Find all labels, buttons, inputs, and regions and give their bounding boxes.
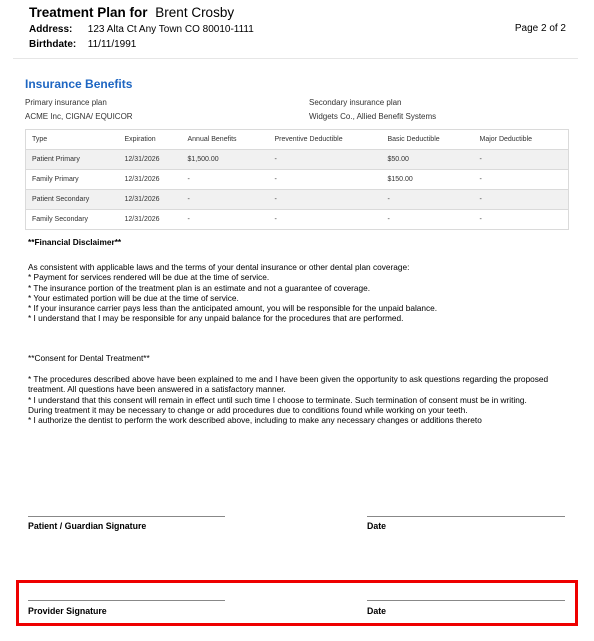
column-header: Basic Deductible	[382, 130, 474, 150]
table-row: Family Primary 12/31/2026 - - $150.00 -	[26, 170, 569, 190]
column-header: Expiration	[119, 130, 182, 150]
birthdate-label: Birthdate:	[29, 39, 85, 50]
table-cell: -	[382, 190, 474, 210]
consent-body: * The procedures described above have be…	[28, 374, 556, 425]
table-cell: -	[182, 210, 269, 230]
table-cell: 12/31/2026	[119, 190, 182, 210]
header-divider	[13, 58, 578, 59]
column-header: Preventive Deductible	[269, 130, 382, 150]
disclaimer-line: * Your estimated portion will be due at …	[28, 293, 568, 303]
column-header: Type	[26, 130, 119, 150]
address-row: Address: 123 Alta Ct Any Town CO 80010-1…	[29, 24, 254, 35]
secondary-plan-label: Secondary insurance plan	[309, 98, 402, 107]
disclaimer-line: * If your insurance carrier pays less th…	[28, 303, 568, 313]
table-cell: -	[382, 210, 474, 230]
disclaimer-line: * Payment for services rendered will be …	[28, 272, 568, 282]
table-row: Patient Secondary 12/31/2026 - - - -	[26, 190, 569, 210]
table-cell: 12/31/2026	[119, 150, 182, 170]
address-label: Address:	[29, 24, 85, 35]
insurance-section-title: Insurance Benefits	[25, 77, 132, 91]
table-cell: 12/31/2026	[119, 170, 182, 190]
table-cell: -	[474, 170, 569, 190]
primary-plan-value: ACME Inc, CIGNA/ EQUICOR	[25, 112, 133, 121]
consent-line: * The procedures described above have be…	[28, 374, 556, 395]
table-cell: -	[474, 210, 569, 230]
consent-line: * I understand that this consent will re…	[28, 395, 556, 405]
table-row: Family Secondary 12/31/2026 - - - -	[26, 210, 569, 230]
address-value: 123 Alta Ct Any Town CO 80010-1111	[88, 24, 254, 35]
birthdate-row: Birthdate: 11/11/1991	[29, 39, 136, 50]
document-title: Treatment Plan for Brent Crosby	[29, 5, 234, 20]
table-row: Patient Primary 12/31/2026 $1,500.00 - $…	[26, 150, 569, 170]
table-cell: -	[474, 190, 569, 210]
birthdate-value: 11/11/1991	[88, 39, 137, 50]
table-cell: 12/31/2026	[119, 210, 182, 230]
secondary-plan-value: Widgets Co., Allied Benefit Systems	[309, 112, 436, 121]
patient-signature-label: Patient / Guardian Signature	[28, 521, 146, 531]
patient-date-label: Date	[367, 521, 386, 531]
consent-title: **Consent for Dental Treatment**	[28, 353, 150, 363]
table-cell: $150.00	[382, 170, 474, 190]
disclaimer-line: As consistent with applicable laws and t…	[28, 262, 568, 272]
table-header-row: Type Expiration Annual Benefits Preventi…	[26, 130, 569, 150]
table-cell: $1,500.00	[182, 150, 269, 170]
patient-date-line[interactable]	[367, 516, 565, 517]
column-header: Annual Benefits	[182, 130, 269, 150]
table-cell: Patient Primary	[26, 150, 119, 170]
table-cell: -	[269, 190, 382, 210]
title-label: Treatment Plan for	[29, 5, 148, 20]
table-cell: -	[474, 150, 569, 170]
insurance-benefits-table: Type Expiration Annual Benefits Preventi…	[25, 129, 569, 230]
table-cell: $50.00	[382, 150, 474, 170]
provider-signature-highlight	[16, 580, 578, 626]
table-cell: -	[269, 210, 382, 230]
patient-name: Brent Crosby	[155, 5, 234, 20]
table-cell: -	[182, 190, 269, 210]
consent-line: * I authorize the dentist to perform the…	[28, 415, 556, 425]
consent-line: During treatment it may be necessary to …	[28, 405, 556, 415]
table-cell: Family Primary	[26, 170, 119, 190]
financial-disclaimer-title: **Financial Disclaimer**	[28, 237, 121, 247]
table-cell: Family Secondary	[26, 210, 119, 230]
primary-plan-label: Primary insurance plan	[25, 98, 107, 107]
table-cell: -	[269, 150, 382, 170]
disclaimer-line: * I understand that I may be responsible…	[28, 313, 568, 323]
table-cell: -	[182, 170, 269, 190]
patient-signature-line[interactable]	[28, 516, 225, 517]
table-cell: Patient Secondary	[26, 190, 119, 210]
financial-disclaimer-body: As consistent with applicable laws and t…	[28, 262, 568, 324]
table-cell: -	[269, 170, 382, 190]
disclaimer-line: * The insurance portion of the treatment…	[28, 283, 568, 293]
page-indicator: Page 2 of 2	[515, 23, 566, 34]
column-header: Major Deductible	[474, 130, 569, 150]
